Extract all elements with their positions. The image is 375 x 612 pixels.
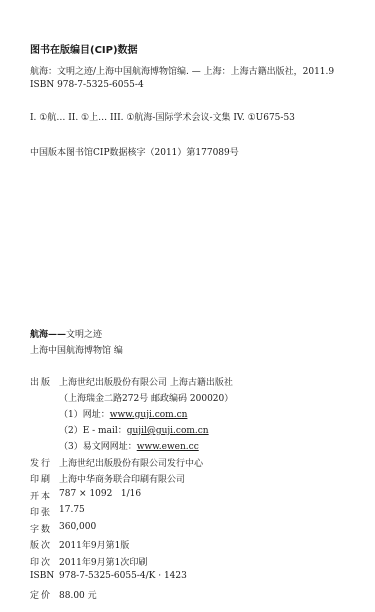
- detail-label: 发行: [30, 456, 59, 469]
- email-label: （2）E - mail：: [59, 426, 127, 436]
- publisher-email: （2）E - mail：gujil@guji.com.cn: [59, 423, 209, 436]
- publisher-ewen: （3）易文网网址：www.ewen.cc: [59, 439, 199, 452]
- detail-label: 开本: [30, 489, 59, 502]
- cip-record-number: 中国版本图书馆CIP数据核字（2011）第177089号: [30, 145, 239, 158]
- cip-heading: 图书在版编目(CIP)数据: [30, 41, 138, 56]
- detail-label: 印次: [30, 555, 59, 568]
- detail-value: 上海中华商务联合印刷有限公司: [59, 472, 185, 485]
- detail-value: 978-7-5325-6055-4/K · 1423: [59, 571, 187, 581]
- detail-value: 17.75: [59, 505, 85, 518]
- detail-row-distribution: 发行上海世纪出版股份有限公司发行中心: [30, 456, 203, 469]
- detail-row-printing: 印刷上海中华商务联合印刷有限公司: [30, 472, 185, 485]
- ewen-label: （3）易文网网址：: [59, 442, 137, 452]
- ewen-link[interactable]: www.ewen.cc: [137, 442, 199, 452]
- detail-value: 787 × 1092 1/16: [59, 489, 141, 502]
- book-title-sub: 文明之迹: [66, 330, 102, 340]
- detail-value: 2011年9月第1版: [59, 538, 129, 551]
- publisher-address: （上海瑞金二路272号 邮政编码 200020）: [59, 391, 233, 404]
- detail-row-sheets: 印张17.75: [30, 505, 85, 518]
- publisher-value: 上海世纪出版股份有限公司 上海古籍出版社: [59, 375, 233, 388]
- detail-value: 360,000: [59, 522, 96, 535]
- cip-isbn: ISBN 978-7-5325-6055-4: [30, 80, 144, 90]
- detail-row-impression: 印次2011年9月第1次印刷: [30, 555, 147, 568]
- detail-row-price: 定价88.00 元: [30, 588, 97, 601]
- cip-classification: I. ①航… II. ①上… III. ①航海-国际学术会议-文集 IV. ①U…: [30, 110, 295, 123]
- detail-label: 印张: [30, 505, 59, 518]
- detail-row-format: 开本787 × 1092 1/16: [30, 489, 141, 502]
- detail-label: ISBN: [30, 571, 59, 581]
- email-link[interactable]: gujil@guji.com.cn: [127, 426, 209, 436]
- detail-label: 定价: [30, 588, 59, 601]
- publisher-row: 出版 上海世纪出版股份有限公司 上海古籍出版社: [30, 375, 233, 388]
- website-link[interactable]: www.guji.com.cn: [110, 410, 188, 420]
- cip-citation: 航海：文明之迹/上海中国航海博物馆编. — 上海：上海古籍出版社，2011.9: [30, 64, 334, 77]
- publisher-label: 出版: [30, 375, 59, 388]
- detail-row-edition: 版次2011年9月第1版: [30, 538, 129, 551]
- detail-label: 版次: [30, 538, 59, 551]
- publisher-website: （1）网址：www.guji.com.cn: [59, 407, 187, 420]
- detail-row-wordcount: 字数360,000: [30, 522, 96, 535]
- detail-value: 2011年9月第1次印刷: [59, 555, 147, 568]
- book-title: 航海——文明之迹: [30, 327, 102, 340]
- detail-value: 88.00 元: [59, 588, 97, 601]
- book-editor: 上海中国航海博物馆 编: [30, 343, 123, 356]
- detail-row-isbn: ISBN978-7-5325-6055-4/K · 1423: [30, 571, 187, 581]
- website-label: （1）网址：: [59, 410, 110, 420]
- detail-label: 印刷: [30, 472, 59, 485]
- detail-label: 字数: [30, 522, 59, 535]
- detail-value: 上海世纪出版股份有限公司发行中心: [59, 456, 203, 469]
- book-title-main: 航海——: [30, 330, 66, 340]
